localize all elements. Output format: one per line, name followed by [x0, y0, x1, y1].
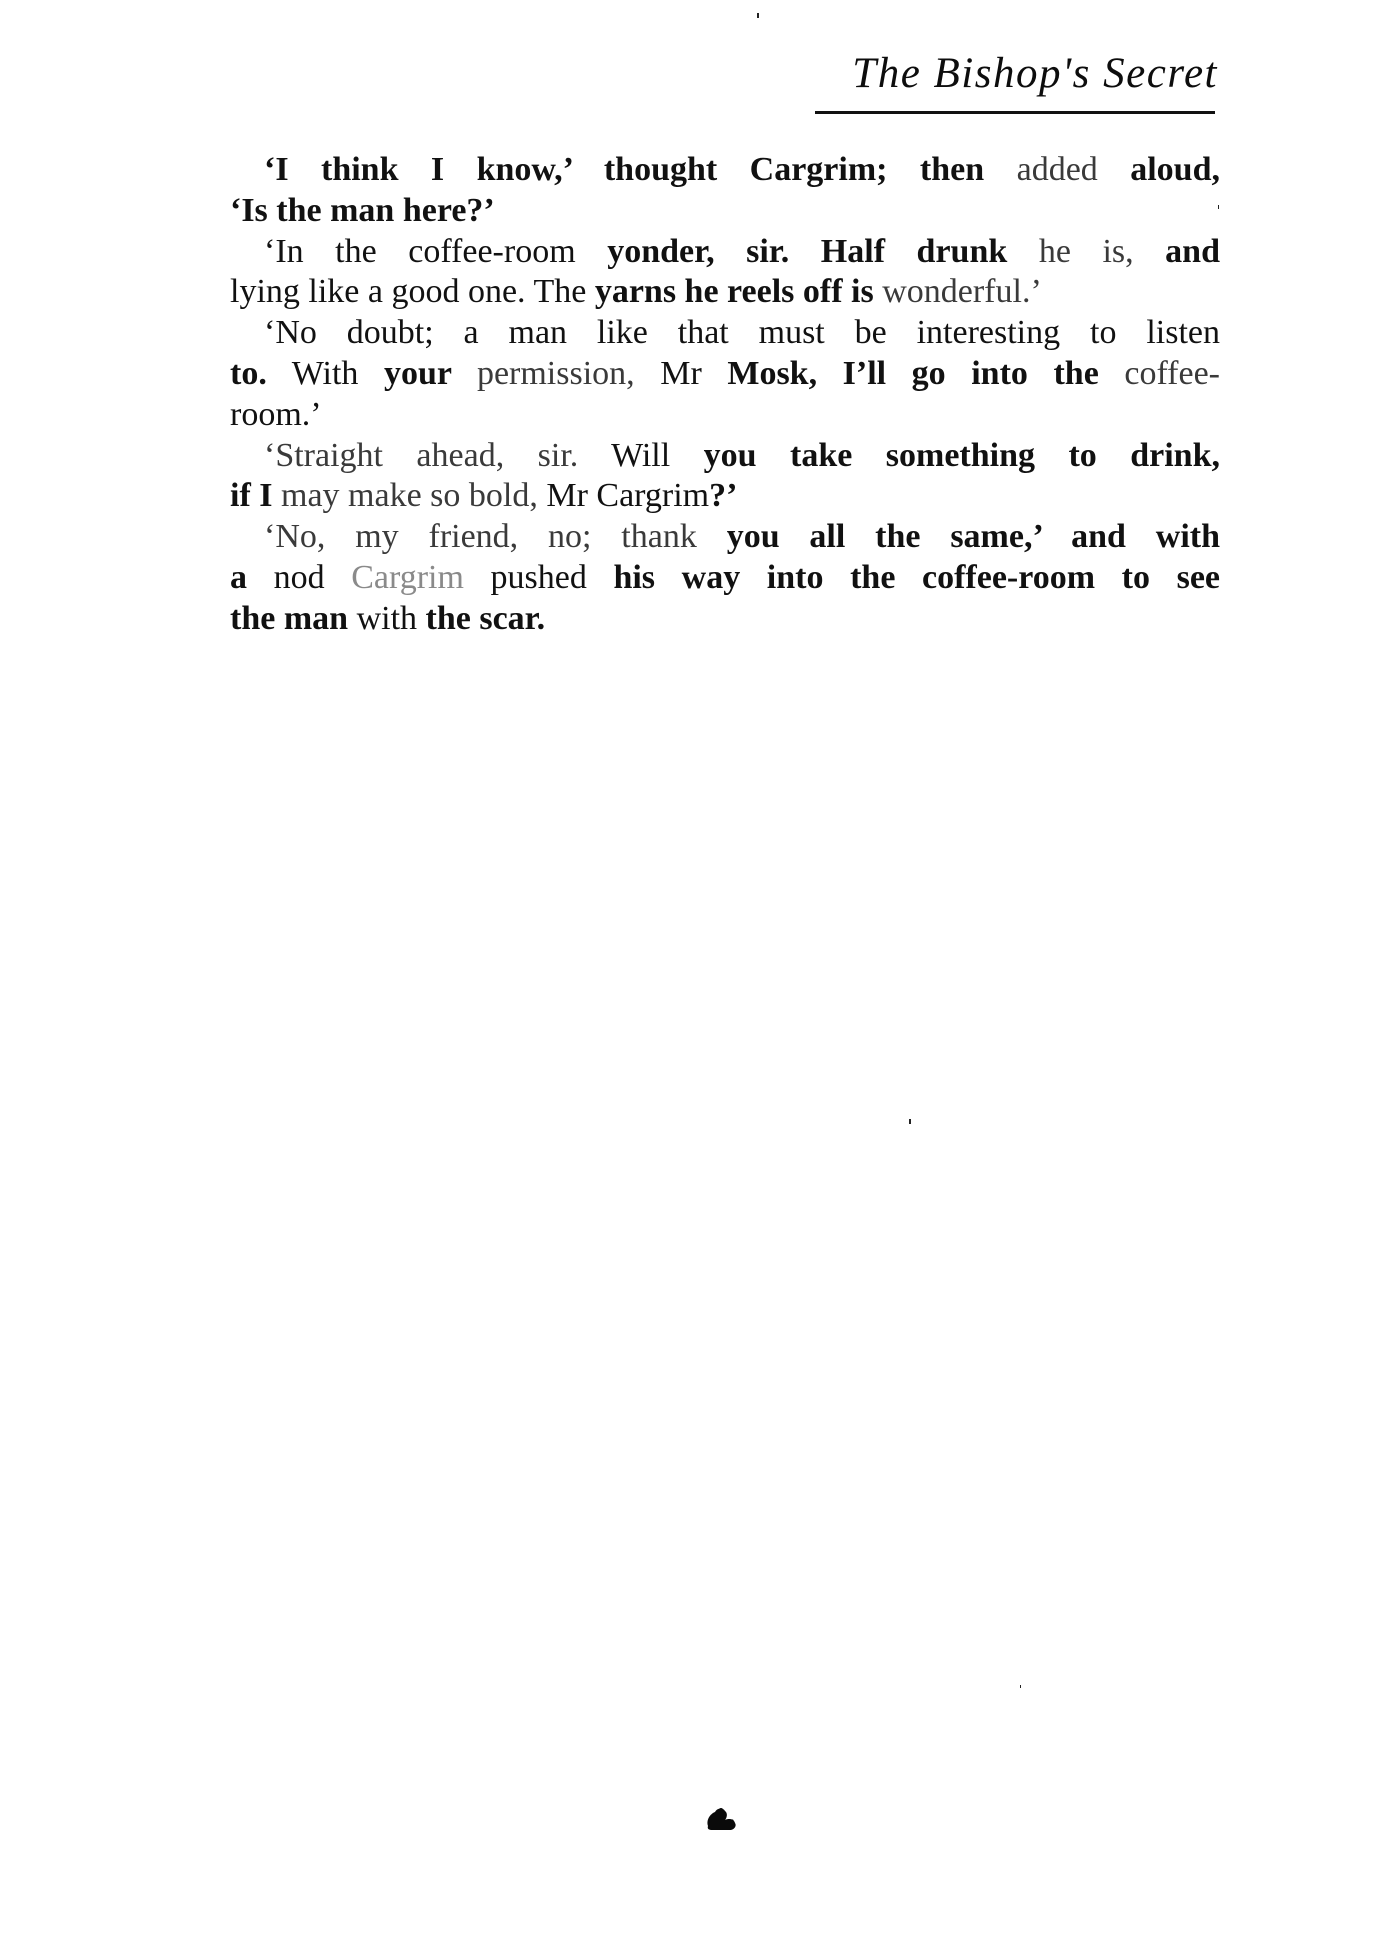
text-line: ‘No doubt; a man like that must be inter… — [230, 313, 1220, 354]
body-text: ‘I think I know,’ thought Cargrim; then … — [230, 150, 1220, 640]
text-segment: permission, — [477, 355, 660, 392]
text-segment: you take something to drink, — [704, 437, 1220, 474]
text-segment: Cargrim — [351, 559, 490, 596]
running-head-title: The Bishop's Secret — [815, 48, 1218, 100]
text-segment: Half drunk — [789, 233, 1039, 270]
text-segment: ‘Straight ahead, sir. — [264, 437, 611, 474]
text-line: ‘Is the man here?’ — [230, 191, 1220, 232]
scan-speck — [1020, 1685, 1021, 1688]
text-segment: ‘No doubt; a man like that must be inter… — [264, 314, 1220, 351]
text-line: ‘Straight ahead, sir. Will you take some… — [230, 436, 1220, 477]
text-segment: and — [1165, 233, 1220, 270]
scan-speck — [757, 13, 759, 18]
text-segment: yarns he reels off is — [595, 273, 882, 310]
text-line: a nod Cargrim pushed his way into the co… — [230, 558, 1220, 599]
scan-speck — [1218, 205, 1219, 209]
text-segment: Will — [611, 437, 704, 474]
text-segment: ‘Is the man here?’ — [230, 192, 495, 229]
text-line: if I may make so bold, Mr Cargrim?’ — [230, 476, 1220, 517]
text-segment: to. — [230, 355, 267, 392]
text-line: lying like a good one. The yarns he reel… — [230, 272, 1220, 313]
text-line: ‘I think I know,’ thought Cargrim; then … — [230, 150, 1220, 191]
text-segment: ?’ — [709, 477, 737, 514]
text-segment: coffee- — [1124, 355, 1220, 392]
text-segment: you all the same,’ and with — [727, 518, 1220, 555]
text-segment: may make so bold, — [281, 477, 546, 514]
text-segment: he is, — [1039, 233, 1165, 270]
text-segment: added — [1017, 151, 1131, 188]
running-head-rule — [815, 111, 1215, 114]
text-line: ‘No, my friend, no; thank you all the sa… — [230, 517, 1220, 558]
text-line: ‘In the coffee-room yonder, sir. Half dr… — [230, 232, 1220, 273]
book-page: The Bishop's Secret ‘I think I know,’ th… — [0, 0, 1376, 1948]
text-segment: the scar. — [426, 600, 546, 637]
text-segment: your — [384, 355, 477, 392]
text-segment: aloud, — [1130, 151, 1220, 188]
text-segment: Mr — [660, 355, 727, 392]
text-segment: lying like a good one. The — [230, 273, 595, 310]
text-segment: a — [230, 559, 274, 596]
scan-speck — [909, 1119, 911, 1124]
text-segment: Mr Cargrim — [546, 477, 709, 514]
text-segment: With — [267, 355, 384, 392]
text-segment: his way into the coffee-room to see — [613, 559, 1220, 596]
text-segment: room.’ — [230, 396, 322, 433]
text-segment: ‘I think I know,’ thought Cargrim; then — [264, 151, 1017, 188]
text-segment: ‘No, my friend, no; thank — [264, 518, 727, 555]
text-segment: nod — [274, 559, 352, 596]
text-line: to. With your permission, Mr Mosk, I’ll … — [230, 354, 1220, 395]
text-segment: pushed — [491, 559, 614, 596]
text-segment: Mosk, I’ll go into the — [727, 355, 1124, 392]
text-line: room.’ — [230, 395, 1220, 436]
text-segment: ‘In the coffee-room — [264, 233, 607, 270]
text-segment: yonder, sir. — [607, 233, 789, 270]
text-segment: wonderful.’ — [882, 273, 1042, 310]
text-segment: the man — [230, 600, 357, 637]
text-line: the man with the scar. — [230, 599, 1220, 640]
text-segment: with — [357, 600, 426, 637]
text-segment: if I — [230, 477, 281, 514]
printers-ornament-icon — [704, 1804, 742, 1832]
